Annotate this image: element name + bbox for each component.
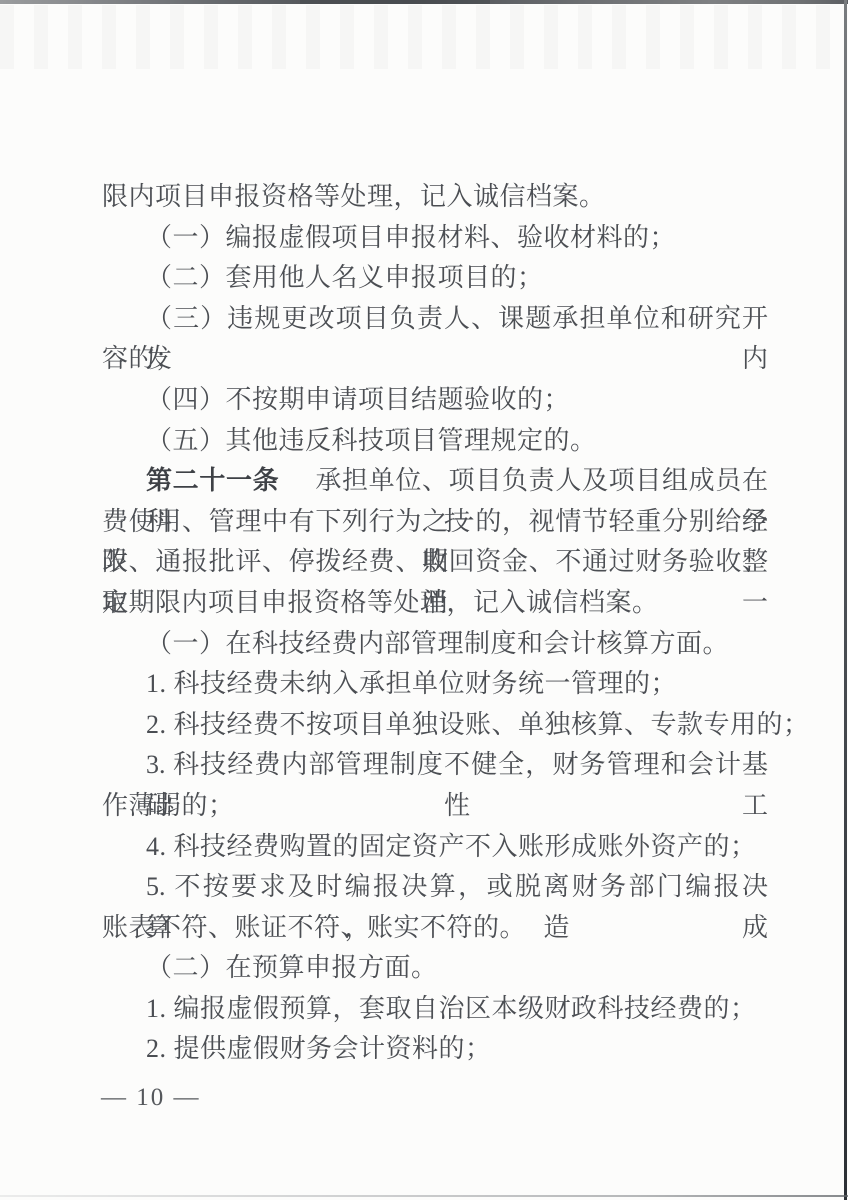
- text-line: 第二十一条承担单位、项目负责人及项目组成员在科技经: [102, 461, 768, 502]
- page-number: — 10 —: [101, 1078, 201, 1118]
- text-line: 费使用、管理中有下列行为之一的，视情节轻重分别给予限期整: [102, 502, 768, 543]
- text-line: （一）在科技经费内部管理制度和会计核算方面。: [102, 624, 768, 665]
- scan-top-edge-dark-artifact: [300, 0, 490, 4]
- text-line: （二）在预算申报方面。: [102, 948, 768, 989]
- text-line: 改、通报批评、停拨经费、收回资金、不通过财务验收、取消一: [102, 542, 768, 583]
- text-line: 3. 科技经费内部管理制度不健全，财务管理和会计基础性工: [102, 745, 768, 786]
- text-line: 限内项目申报资格等处理，记入诚信档案。: [102, 177, 768, 218]
- text-line: （二）套用他人名义申报项目的；: [102, 258, 768, 299]
- scan-bottom-edge-artifact: [0, 1195, 848, 1197]
- article-number-heading: 第二十一条: [146, 466, 279, 495]
- text-line: 2. 科技经费不按项目单独设账、单独核算、专款专用的；: [102, 705, 768, 746]
- text-line: （三）违规更改项目负责人、课题承担单位和研究开发内: [102, 299, 768, 340]
- text-line: 1. 编报虚假预算，套取自治区本级财政科技经费的；: [102, 989, 768, 1030]
- scan-noise-artifact: [0, 5, 848, 69]
- scan-right-edge-artifact: [844, 0, 847, 1200]
- text-line: 2. 提供虚假财务会计资料的；: [102, 1029, 768, 1070]
- document-body: 限内项目申报资格等处理，记入诚信档案。 （一）编报虚假项目申报材料、验收材料的；…: [102, 177, 768, 1070]
- text-line: （一）编报虚假项目申报材料、验收材料的；: [102, 218, 768, 259]
- text-line: （四）不按期申请项目结题验收的；: [102, 380, 768, 421]
- scanned-document-page: 限内项目申报资格等处理，记入诚信档案。 （一）编报虚假项目申报材料、验收材料的；…: [0, 0, 848, 1200]
- text-line: 1. 科技经费未纳入承担单位财务统一管理的；: [102, 664, 768, 705]
- text-line: 4. 科技经费购置的固定资产不入账形成账外资产的；: [102, 827, 768, 868]
- text-line: （五）其他违反科技项目管理规定的。: [102, 421, 768, 462]
- text-line: 5. 不按要求及时编报决算，或脱离财务部门编报决算，造成: [102, 867, 768, 908]
